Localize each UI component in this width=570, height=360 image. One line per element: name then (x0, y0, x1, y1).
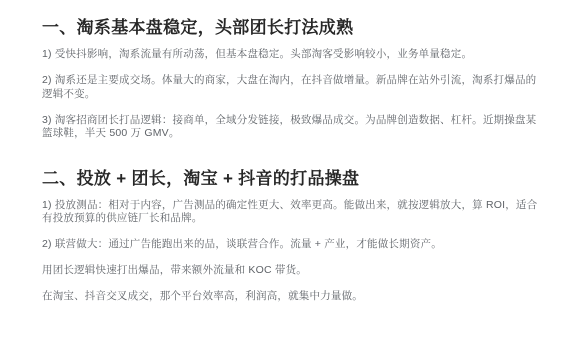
section-taoxi-stability: 一、淘系基本盘稳定，头部团长打法成熟 1) 受快抖影响，淘系流量有所动荡，但基本… (42, 16, 540, 141)
document-page: 一、淘系基本盘稳定，头部团长打法成熟 1) 受快抖影响，淘系流量有所动荡，但基本… (0, 0, 570, 360)
list-item-2: 2) 联营做大：通过广告能跑出来的品，谈联营合作。流量 + 产业，才能做长期资产… (42, 238, 540, 252)
list-item-1: 1) 投放测品：相对于内容，广告测品的确定性更大、效率更高。能做出来，就按逻辑放… (42, 199, 540, 226)
body-paragraph: 用团长逻辑快速打出爆品，带来额外流量和 KOC 带货。 (42, 264, 540, 278)
section-heading: 一、淘系基本盘稳定，头部团长打法成熟 (42, 16, 540, 40)
section-ads-plus-leader: 二、投放 + 团长，淘宝 + 抖音的打品操盘 1) 投放测品：相对于内容，广告测… (42, 167, 540, 304)
body-paragraph: 在淘宝、抖音交叉成交，那个平台效率高，利润高，就集中力量做。 (42, 290, 540, 304)
list-item-1: 1) 受快抖影响，淘系流量有所动荡，但基本盘稳定。头部淘客受影响较小，业务单量稳… (42, 48, 540, 62)
list-item-3: 3) 淘客招商团长打品逻辑：接商单，全域分发链接，极致爆品成交。为品牌创造数据、… (42, 114, 540, 141)
list-item-2: 2) 淘系还是主要成交场。体量大的商家，大盘在淘内，在抖音做增量。新品牌在站外引… (42, 74, 540, 101)
section-heading: 二、投放 + 团长，淘宝 + 抖音的打品操盘 (42, 167, 540, 191)
